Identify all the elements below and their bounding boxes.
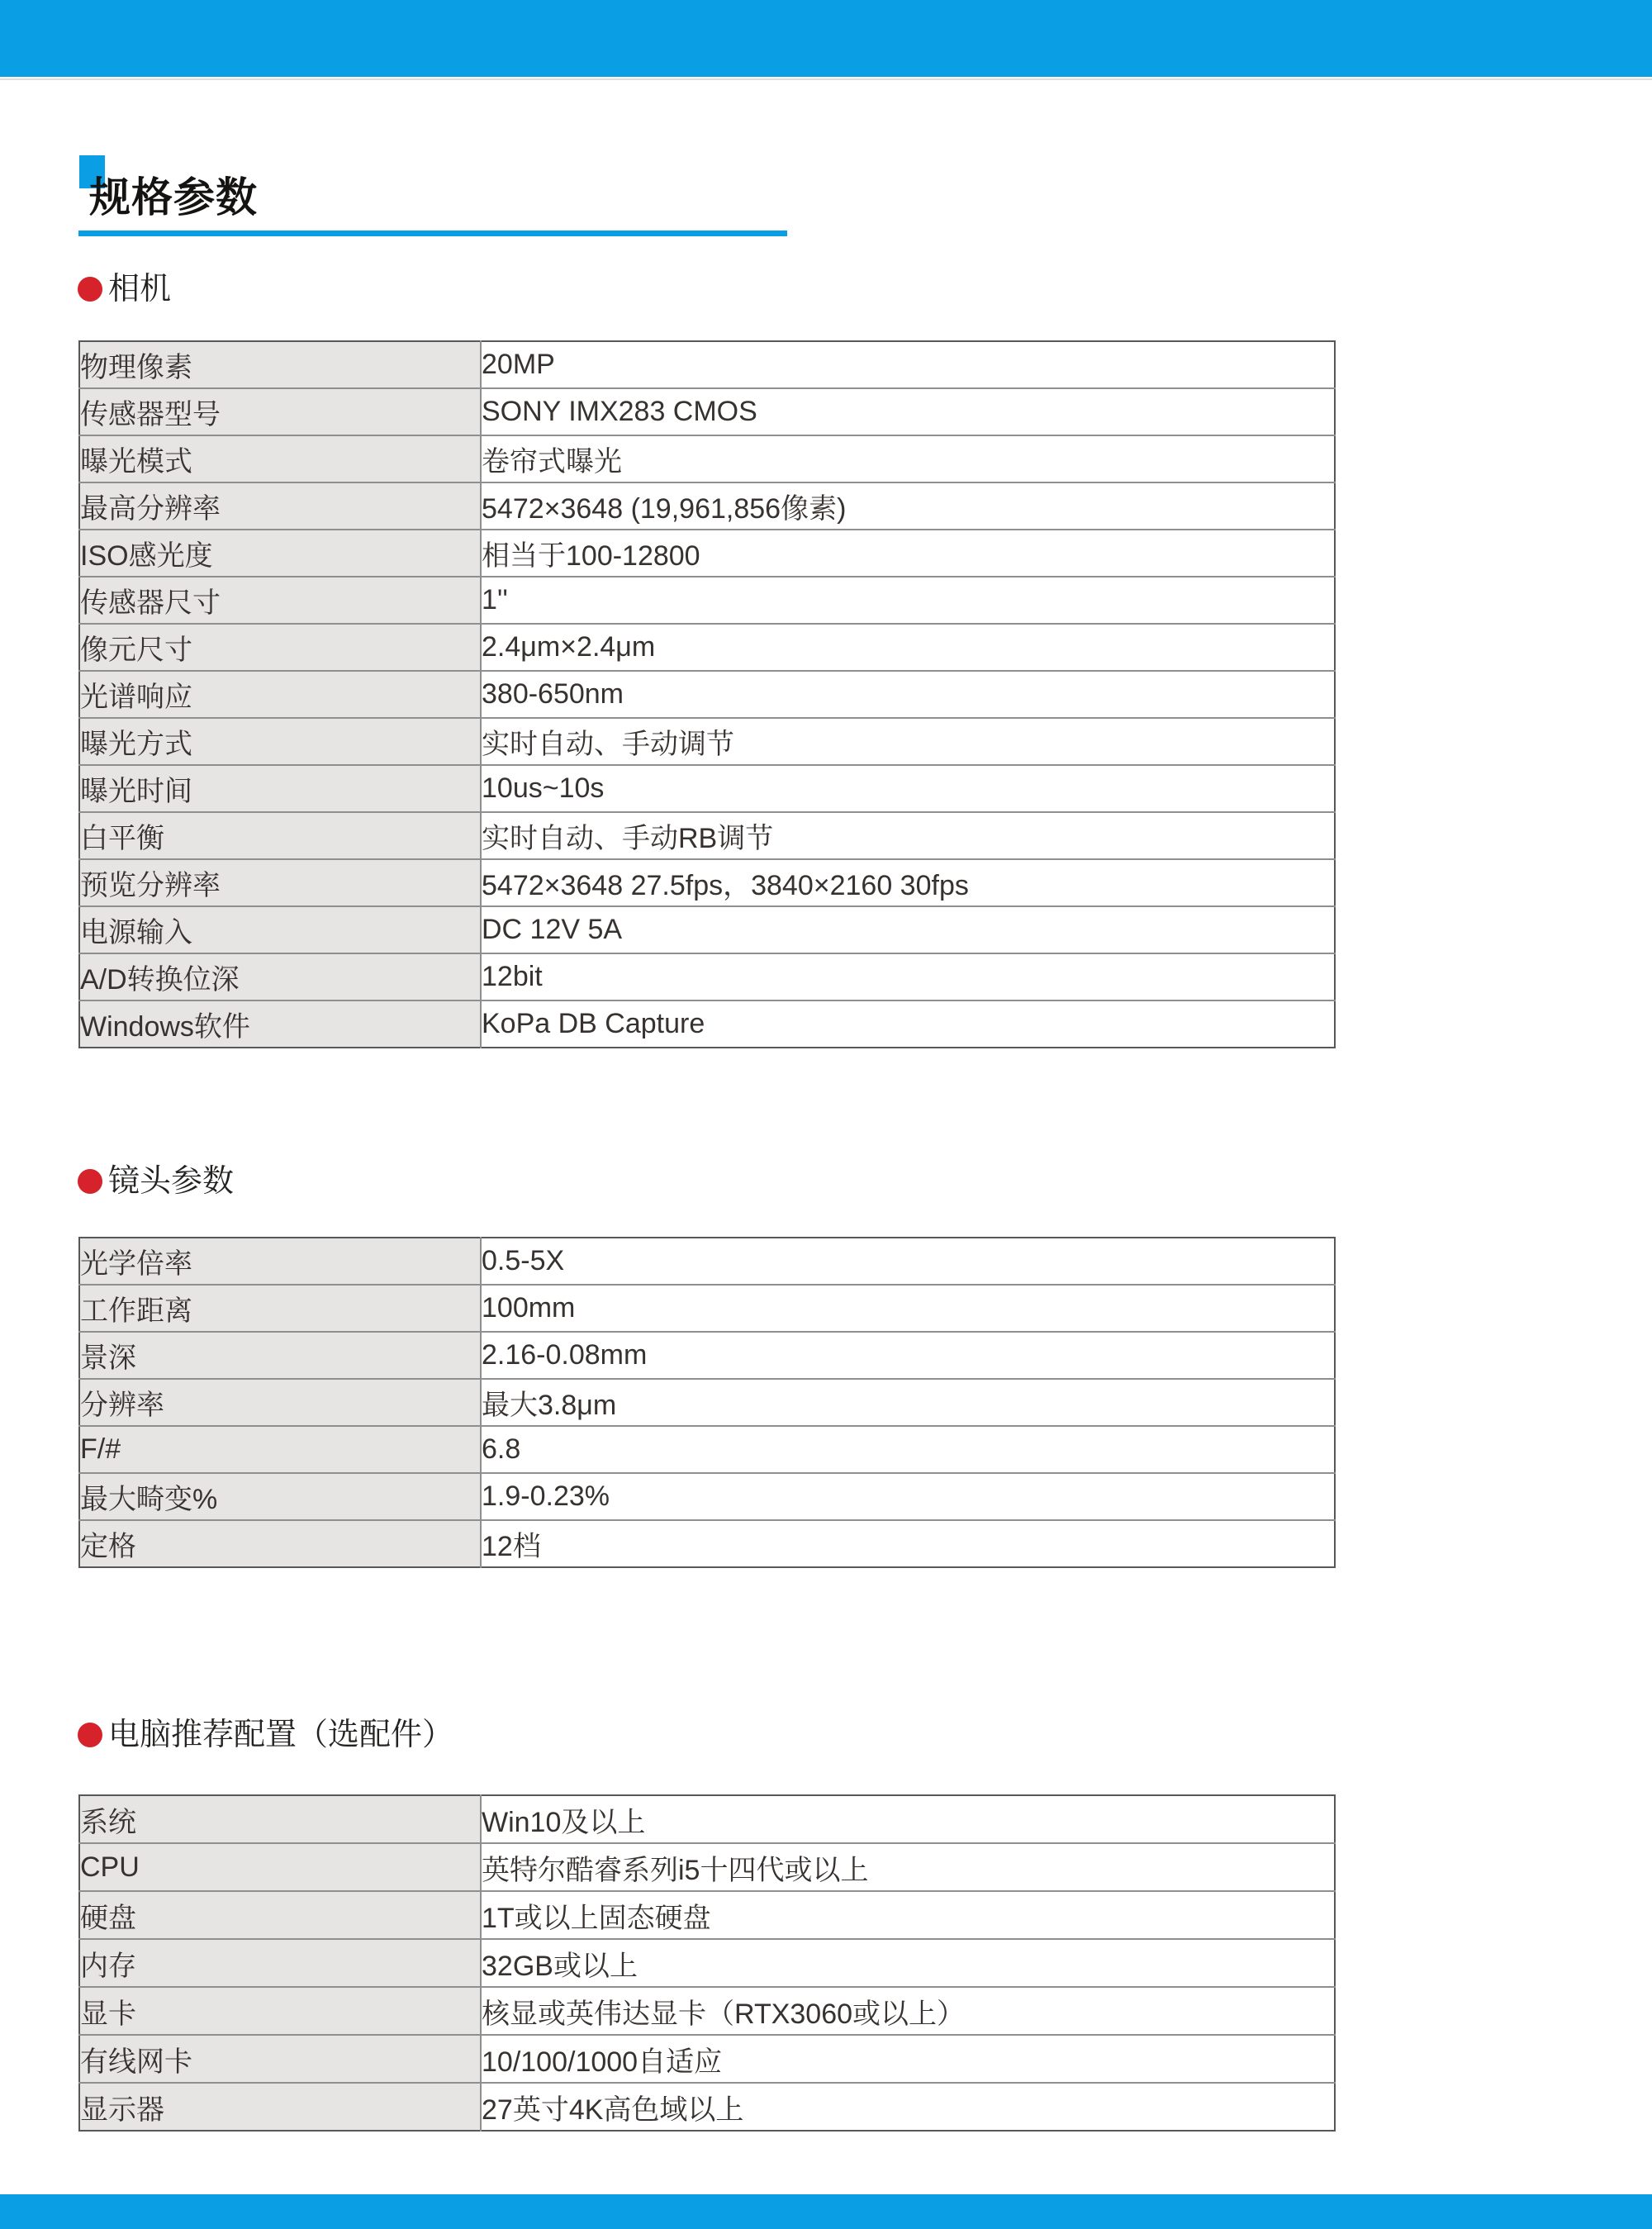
spec-label: 预览分辨率 [79, 859, 481, 906]
pc-config-table: 系统Win10及以上CPU英特尔酷睿系列i5十四代或以上硬盘1T或以上固态硬盘内… [78, 1794, 1336, 2132]
table-row: CPU英特尔酷睿系列i5十四代或以上 [79, 1843, 1335, 1891]
table-row: 传感器尺寸1'' [79, 577, 1335, 624]
table-row: F/#6.8 [79, 1426, 1335, 1473]
spec-value: 380-650nm [481, 671, 1335, 718]
spec-label: 最大畸变% [79, 1473, 481, 1520]
table-row: 内存32GB或以上 [79, 1939, 1335, 1987]
spec-label: 传感器型号 [79, 388, 481, 435]
spec-label: 最高分辨率 [79, 482, 481, 530]
spec-value: 相当于100-12800 [481, 530, 1335, 577]
section-heading-pc-config: 电脑推荐配置（选配件） [78, 1717, 453, 1753]
spec-value: 英特尔酷睿系列i5十四代或以上 [481, 1843, 1335, 1891]
table-row: 曝光模式卷帘式曝光 [79, 435, 1335, 482]
spec-value: 1T或以上固态硬盘 [481, 1891, 1335, 1939]
spec-value: 100mm [481, 1285, 1335, 1332]
spec-value: KoPa DB Capture [481, 1000, 1335, 1048]
table-row: A/D转换位深12bit [79, 953, 1335, 1000]
table-row: 定格12档 [79, 1520, 1335, 1567]
spec-label: 内存 [79, 1939, 481, 1987]
spec-value: 12档 [481, 1520, 1335, 1567]
spec-value: 12bit [481, 953, 1335, 1000]
section-heading-label: 电脑推荐配置（选配件） [108, 1717, 453, 1753]
page-title: 规格参数 [89, 173, 258, 221]
table-row: 白平衡实时自动、手动RB调节 [79, 812, 1335, 859]
spec-label: 工作距离 [79, 1285, 481, 1332]
spec-value: 10us~10s [481, 765, 1335, 812]
spec-label: CPU [79, 1843, 481, 1891]
spec-label: 显示器 [79, 2083, 481, 2131]
table-row: 有线网卡10/100/1000自适应 [79, 2035, 1335, 2083]
table-row: 显示器27英寸4K高色域以上 [79, 2083, 1335, 2131]
title-underline [78, 231, 787, 236]
section-heading-label: 镜头参数 [108, 1163, 234, 1200]
spec-label: 光学倍率 [79, 1238, 481, 1285]
spec-value: 核显或英伟达显卡（RTX3060或以上） [481, 1987, 1335, 2035]
spec-value: 实时自动、手动RB调节 [481, 812, 1335, 859]
camera-spec-table: 物理像素20MP传感器型号SONY IMX283 CMOS曝光模式卷帘式曝光最高… [78, 340, 1336, 1048]
table-row: 光谱响应380-650nm [79, 671, 1335, 718]
table-row: Windows软件KoPa DB Capture [79, 1000, 1335, 1048]
spec-value: 32GB或以上 [481, 1939, 1335, 1987]
table-row: 电源输入DC 12V 5A [79, 906, 1335, 953]
table-row: 最大畸变%1.9-0.23% [79, 1473, 1335, 1520]
section-heading-label: 相机 [108, 271, 171, 307]
spec-label: 景深 [79, 1332, 481, 1379]
spec-value: 最大3.8μm [481, 1379, 1335, 1426]
spec-label: 传感器尺寸 [79, 577, 481, 624]
spec-label: 曝光模式 [79, 435, 481, 482]
spec-label: 显卡 [79, 1987, 481, 2035]
table-row: 传感器型号SONY IMX283 CMOS [79, 388, 1335, 435]
spec-value: 5472×3648 (19,961,856像素) [481, 482, 1335, 530]
section-heading-lens: 镜头参数 [78, 1163, 234, 1200]
spec-label: 有线网卡 [79, 2035, 481, 2083]
spec-value: 20MP [481, 341, 1335, 388]
spec-value: 1'' [481, 577, 1335, 624]
top-bar [0, 0, 1652, 77]
table-row: ISO感光度相当于100-12800 [79, 530, 1335, 577]
table-row: 硬盘1T或以上固态硬盘 [79, 1891, 1335, 1939]
spec-label: 系统 [79, 1795, 481, 1843]
spec-label: 像元尺寸 [79, 624, 481, 671]
spec-value: SONY IMX283 CMOS [481, 388, 1335, 435]
spec-value: 实时自动、手动调节 [481, 718, 1335, 765]
section-heading-camera: 相机 [78, 271, 171, 307]
spec-value: 6.8 [481, 1426, 1335, 1473]
spec-label: 电源输入 [79, 906, 481, 953]
top-bar-divider [0, 78, 1652, 80]
table-row: 预览分辨率5472×3648 27.5fps，3840×2160 30fps [79, 859, 1335, 906]
spec-value: Win10及以上 [481, 1795, 1335, 1843]
table-row: 物理像素20MP [79, 341, 1335, 388]
table-row: 最高分辨率5472×3648 (19,961,856像素) [79, 482, 1335, 530]
table-row: 显卡核显或英伟达显卡（RTX3060或以上） [79, 1987, 1335, 2035]
spec-value: 5472×3648 27.5fps，3840×2160 30fps [481, 859, 1335, 906]
spec-label: 曝光时间 [79, 765, 481, 812]
table-row: 光学倍率0.5-5X [79, 1238, 1335, 1285]
table-row: 曝光方式实时自动、手动调节 [79, 718, 1335, 765]
spec-label: A/D转换位深 [79, 953, 481, 1000]
spec-value: 卷帘式曝光 [481, 435, 1335, 482]
spec-value: DC 12V 5A [481, 906, 1335, 953]
spec-label: 硬盘 [79, 1891, 481, 1939]
bullet-icon [78, 277, 102, 302]
table-row: 曝光时间10us~10s [79, 765, 1335, 812]
spec-value: 10/100/1000自适应 [481, 2035, 1335, 2083]
table-row: 分辨率最大3.8μm [79, 1379, 1335, 1426]
spec-label: Windows软件 [79, 1000, 481, 1048]
spec-value: 0.5-5X [481, 1238, 1335, 1285]
bottom-bar [0, 2194, 1652, 2229]
bullet-icon [78, 1169, 102, 1194]
spec-label: 白平衡 [79, 812, 481, 859]
bullet-icon [78, 1723, 102, 1747]
table-row: 工作距离100mm [79, 1285, 1335, 1332]
spec-label: 定格 [79, 1520, 481, 1567]
spec-label: F/# [79, 1426, 481, 1473]
spec-value: 2.16-0.08mm [481, 1332, 1335, 1379]
spec-value: 2.4μm×2.4μm [481, 624, 1335, 671]
spec-value: 1.9-0.23% [481, 1473, 1335, 1520]
table-row: 系统Win10及以上 [79, 1795, 1335, 1843]
spec-sheet-page: 规格参数 相机 物理像素20MP传感器型号SONY IMX283 CMOS曝光模… [0, 0, 1652, 2229]
spec-label: 曝光方式 [79, 718, 481, 765]
spec-label: ISO感光度 [79, 530, 481, 577]
table-row: 像元尺寸2.4μm×2.4μm [79, 624, 1335, 671]
spec-label: 物理像素 [79, 341, 481, 388]
table-row: 景深2.16-0.08mm [79, 1332, 1335, 1379]
spec-label: 分辨率 [79, 1379, 481, 1426]
spec-value: 27英寸4K高色域以上 [481, 2083, 1335, 2131]
spec-label: 光谱响应 [79, 671, 481, 718]
lens-spec-table: 光学倍率0.5-5X工作距离100mm景深2.16-0.08mm分辨率最大3.8… [78, 1237, 1336, 1568]
